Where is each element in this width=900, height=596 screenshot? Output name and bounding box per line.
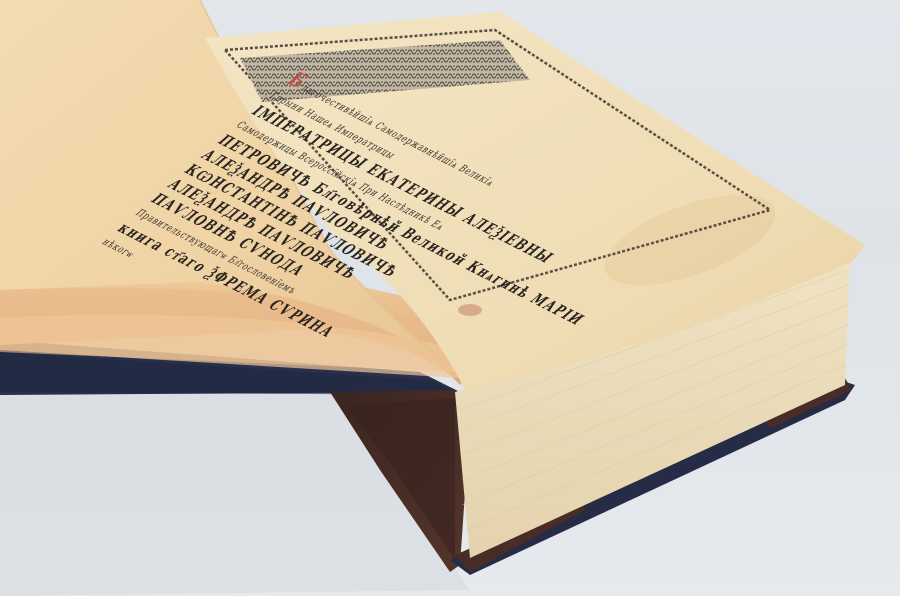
- book-photo: Благочестивѣйшїѧ Самодержавнѣйшїѧ Великї…: [0, 0, 900, 596]
- book-illustration: [0, 0, 900, 596]
